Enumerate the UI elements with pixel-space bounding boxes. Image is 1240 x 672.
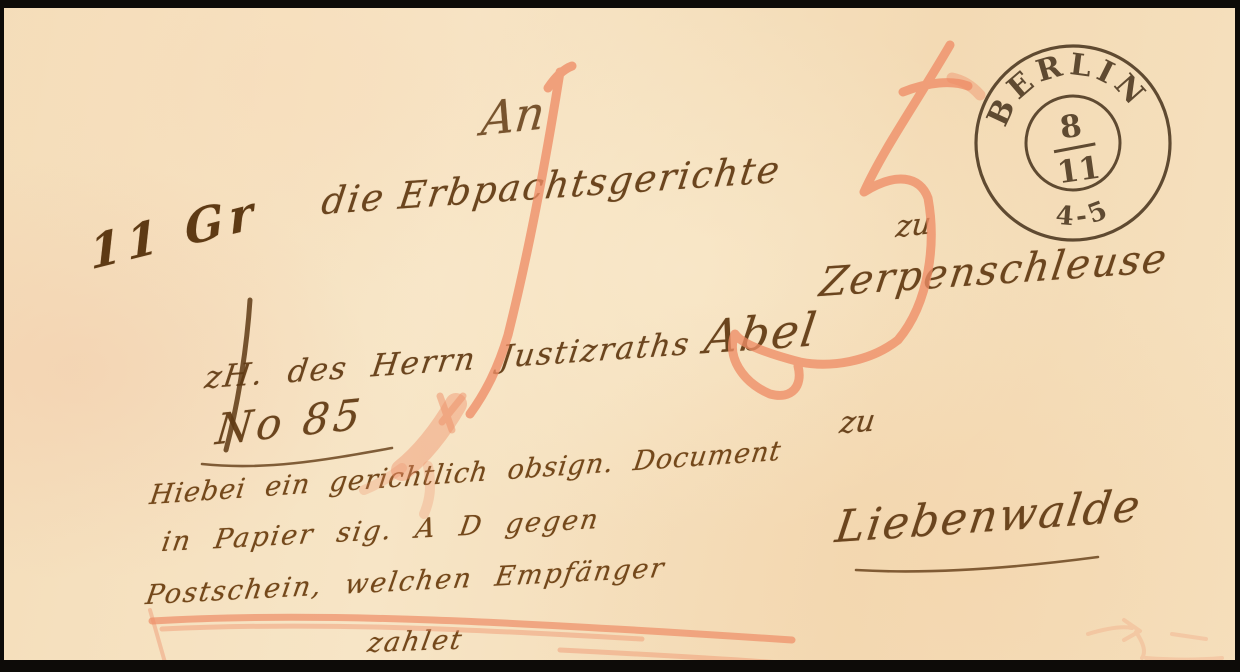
address-attn-name: Abel	[701, 302, 821, 365]
postal-cover-scan: BERLIN 4-5 8 11 An die Erbpachtsgerichte…	[0, 0, 1240, 672]
annotation-line-4: zahlet	[365, 625, 466, 660]
address-zu-1: zu	[894, 206, 933, 245]
address-salutation: An	[479, 85, 547, 146]
address-zu-2: zu	[838, 403, 878, 441]
